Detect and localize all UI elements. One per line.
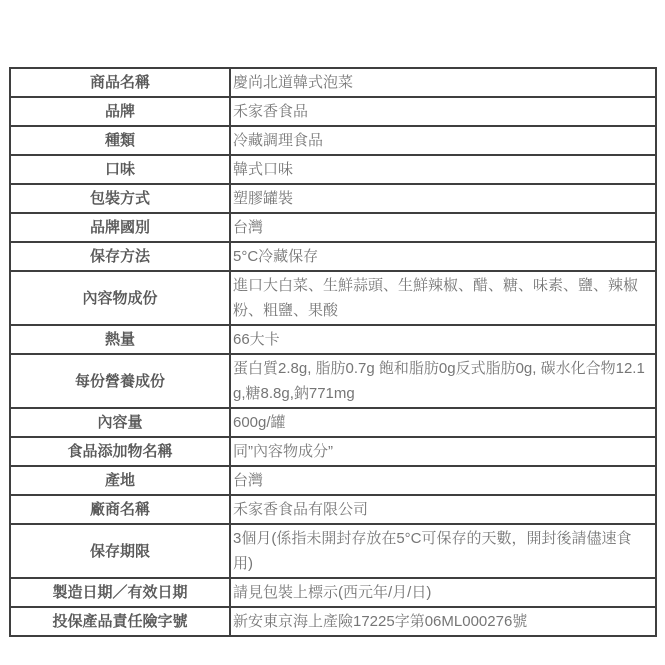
spec-row-value: 蛋白質2.8g, 脂肪0.7g 飽和脂肪0g反式脂肪0g, 碳水化合物12.1g…: [230, 354, 656, 408]
spec-row-value: 新安東京海上產險17225字第06ML000276號: [230, 607, 656, 636]
spec-row-value: 台灣: [230, 466, 656, 495]
spec-row-label: 包裝方式: [10, 184, 230, 213]
spec-row-label: 保存方法: [10, 242, 230, 271]
spec-row: 口味韓式口味: [10, 155, 656, 184]
spec-row-value: 5°C冷藏保存: [230, 242, 656, 271]
spec-row: 每份營養成份蛋白質2.8g, 脂肪0.7g 飽和脂肪0g反式脂肪0g, 碳水化合…: [10, 354, 656, 408]
spec-row: 品牌國別台灣: [10, 213, 656, 242]
spec-row-label: 種類: [10, 126, 230, 155]
spec-row-label: 內容量: [10, 408, 230, 437]
spec-row-value: 請見包裝上標示(西元年/月/日): [230, 578, 656, 607]
spec-row-label: 口味: [10, 155, 230, 184]
spec-row-value: 同”內容物成分”: [230, 437, 656, 466]
spec-row: 種類冷藏調理食品: [10, 126, 656, 155]
spec-row-value: 3個月(係指未開封存放在5°C可保存的天數，開封後請儘速食用): [230, 524, 656, 578]
spec-row: 食品添加物名稱同”內容物成分”: [10, 437, 656, 466]
spec-row: 廠商名稱禾家香食品有限公司: [10, 495, 656, 524]
spec-row-label: 食品添加物名稱: [10, 437, 230, 466]
spec-row-label: 商品名稱: [10, 68, 230, 97]
spec-row: 包裝方式塑膠罐裝: [10, 184, 656, 213]
spec-row-value: 600g/罐: [230, 408, 656, 437]
spec-row-label: 每份營養成份: [10, 354, 230, 408]
spec-row-value: 冷藏調理食品: [230, 126, 656, 155]
spec-row-label: 廠商名稱: [10, 495, 230, 524]
spec-row-value: 禾家香食品有限公司: [230, 495, 656, 524]
spec-row-value: 進口大白菜、生鮮蒜頭、生鮮辣椒、醋、糖、味素、鹽、辣椒粉、粗鹽、果酸: [230, 271, 656, 325]
spec-row-label: 保存期限: [10, 524, 230, 578]
spec-row-value: 韓式口味: [230, 155, 656, 184]
spec-row: 內容量600g/罐: [10, 408, 656, 437]
spec-row: 品牌禾家香食品: [10, 97, 656, 126]
spec-row-label: 品牌: [10, 97, 230, 126]
spec-row: 投保產品責任險字號新安東京海上產險17225字第06ML000276號: [10, 607, 656, 636]
product-spec-table: 商品名稱慶尚北道韓式泡菜品牌禾家香食品種類冷藏調理食品口味韓式口味包裝方式塑膠罐…: [9, 67, 657, 637]
product-spec-table-body: 商品名稱慶尚北道韓式泡菜品牌禾家香食品種類冷藏調理食品口味韓式口味包裝方式塑膠罐…: [10, 68, 656, 636]
spec-row: 產地台灣: [10, 466, 656, 495]
spec-row-value: 66大卡: [230, 325, 656, 354]
spec-row-value: 慶尚北道韓式泡菜: [230, 68, 656, 97]
spec-row-value: 塑膠罐裝: [230, 184, 656, 213]
spec-row-label: 投保產品責任險字號: [10, 607, 230, 636]
spec-row: 保存方法5°C冷藏保存: [10, 242, 656, 271]
spec-row-label: 產地: [10, 466, 230, 495]
spec-row: 商品名稱慶尚北道韓式泡菜: [10, 68, 656, 97]
spec-row: 內容物成份進口大白菜、生鮮蒜頭、生鮮辣椒、醋、糖、味素、鹽、辣椒粉、粗鹽、果酸: [10, 271, 656, 325]
spec-row-label: 內容物成份: [10, 271, 230, 325]
spec-row: 熱量66大卡: [10, 325, 656, 354]
spec-row-value: 台灣: [230, 213, 656, 242]
spec-row-value: 禾家香食品: [230, 97, 656, 126]
spec-row-label: 製造日期／有效日期: [10, 578, 230, 607]
spec-row-label: 熱量: [10, 325, 230, 354]
spec-row-label: 品牌國別: [10, 213, 230, 242]
spec-row: 製造日期／有效日期請見包裝上標示(西元年/月/日): [10, 578, 656, 607]
spec-row: 保存期限3個月(係指未開封存放在5°C可保存的天數，開封後請儘速食用): [10, 524, 656, 578]
